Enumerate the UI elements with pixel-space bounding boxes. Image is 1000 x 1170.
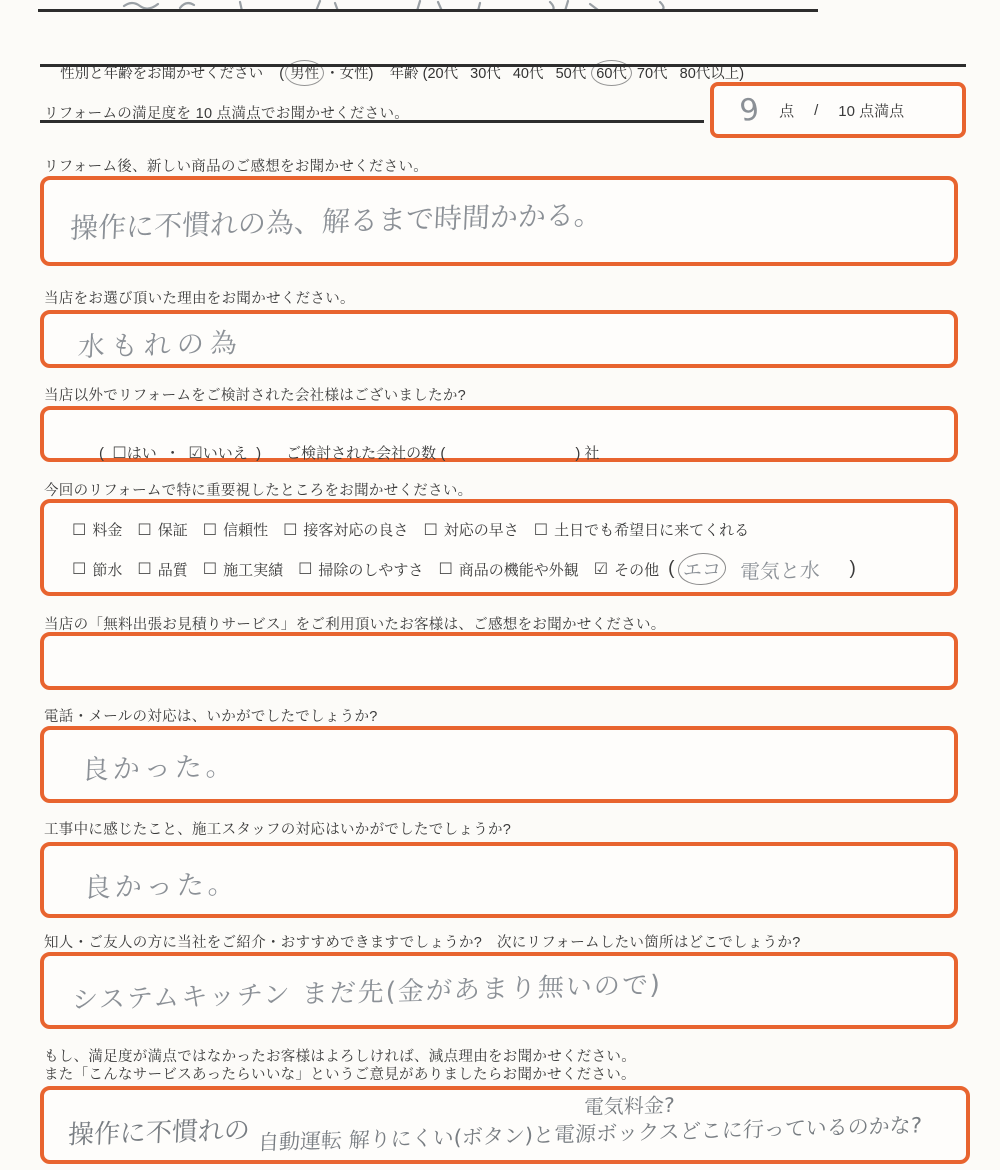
satisfaction-score-box: 9 点 / 10 点満点 — [710, 82, 966, 138]
top-divider-line — [38, 9, 818, 12]
priorities-row-2: ☐ 節水 ☐ 品質 ☐ 施工実績 ☐ 掃除のしやすさ ☐ 商品の機能や外観 ☑ … — [72, 553, 856, 585]
company-count-label: ご検討された会社の数 — [286, 445, 436, 462]
priority-option-label: その他 — [614, 559, 659, 580]
competitors-answer-box: ( ☐はい ・ ☑いいえ ) ご検討された会社の数 () 社 — [40, 406, 958, 462]
demographics-divider-line — [40, 64, 966, 67]
other-written-handwritten: 電気と水 — [739, 553, 820, 584]
priority-option: ☑ その他 — [594, 559, 659, 580]
impression-answer-box: 操作に不慣れの為、解るまで時間かかる。 — [40, 176, 958, 266]
checkbox-icon: ☐ — [137, 559, 151, 579]
checkbox-icon: ☐ — [72, 520, 86, 540]
staff-question-label: 工事中に感じたこと、施工スタッフの対応はいかがでしたでしょうか? — [44, 818, 511, 839]
score-max-label: 10 点満点 — [838, 100, 904, 121]
impression-answer-handwritten: 操作に不慣れの為、解るまで時間かかる。 — [69, 193, 603, 247]
priority-option: ☐ 土日でも希望日に来てくれる — [534, 519, 749, 540]
priority-option-label: 品質 — [158, 559, 188, 580]
priority-option: ☐ 対応の早さ — [423, 519, 518, 540]
checkbox-icon: ☐ — [72, 559, 86, 579]
staff-answer-handwritten: 良かった。 — [83, 862, 240, 905]
satisfaction-divider-line — [40, 120, 704, 123]
yes-checkbox-icon: ☐ — [112, 445, 126, 462]
checkbox-icon: ☐ — [298, 559, 312, 579]
priority-option-label: 信頼性 — [223, 519, 268, 540]
recommend-answer-box: システムキッチン まだ先(金があまり無いので) — [40, 952, 958, 1029]
no-checkbox-icon: ☑ — [188, 445, 202, 462]
deduction-answer-box: 電気料金? 操作に不慣れの 自動運転 解りにくい(ボタン)と電源ボックスどこに行… — [40, 1086, 970, 1164]
estimate-answer-box — [40, 632, 958, 690]
priority-option-label: 対応の早さ — [444, 519, 519, 540]
priorities-row-1: ☐ 料金 ☐ 保証 ☐ 信頼性 ☐ 接客対応の良さ ☐ 対応の早さ ☐ 土日でも… — [72, 519, 749, 540]
priority-option-label: 料金 — [92, 519, 122, 540]
yes-label: はい — [127, 445, 157, 462]
checkbox-icon: ☐ — [203, 559, 217, 579]
company-count-unit: 社 — [585, 445, 600, 462]
demographics-row: 性別と年齢をお聞かせください (男性・女性) 年齢 (20代 30代 40代 5… — [44, 44, 744, 102]
impression-question-label: リフォーム後、新しい商品のご感想をお聞かせください。 — [44, 155, 428, 176]
priority-option: ☐ 保証 — [137, 519, 187, 540]
survey-form-scan: 性別と年齢をお聞かせください (男性・女性) 年齢 (20代 30代 40代 5… — [0, 0, 1000, 1170]
priority-option: ☐ 信頼性 — [203, 519, 268, 540]
deduction-answer-part1-handwritten: 操作に不慣れの — [67, 1109, 259, 1151]
reason-answer-box: 水もれの為 — [40, 310, 958, 368]
age-options-before: 20代 30代 40代 50代 — [427, 66, 590, 82]
priority-option: ☐ 節水 — [72, 559, 122, 580]
priority-option: ☐ 掃除のしやすさ — [298, 559, 423, 580]
priority-option: ☐ 施工実績 — [203, 559, 283, 580]
other-detail-segment: ( エコ 電気と水 ) — [668, 553, 856, 585]
deduction-answer-part2-handwritten: 自動運転 解りにくい(ボタン)と電源ボックスどこに行っているのかな? — [258, 1109, 923, 1156]
priorities-question-label: 今回のリフォームで特に重要視したところをお聞かせください。 — [44, 479, 472, 500]
priority-option-label: 接客対応の良さ — [303, 519, 408, 540]
score-value-handwritten: 9 — [738, 91, 762, 128]
priority-option: ☐ 品質 — [137, 559, 187, 580]
priority-option: ☐ 料金 — [72, 519, 122, 540]
contact-answer-handwritten: 良かった。 — [81, 744, 238, 787]
checkbox-icon: ☐ — [534, 520, 548, 540]
recommend-question-label: 知人・ご友人の方に当社をご紹介・おすすめできますでしょうか? 次にリフォームした… — [44, 931, 801, 952]
priority-option-label: 商品の機能や外観 — [459, 559, 579, 580]
checkbox-icon: ☐ — [203, 520, 217, 540]
competitors-question-label: 当店以外でリフォームをご検討された会社様はございましたか? — [44, 384, 466, 405]
staff-answer-box: 良かった。 — [40, 842, 958, 918]
priority-option: ☐ 商品の機能や外観 — [438, 559, 578, 580]
contact-answer-box: 良かった。 — [40, 726, 958, 803]
priority-option-label: 施工実績 — [223, 559, 283, 580]
deduction-question-line2: また「こんなサービスあったらいいな」というご意見がありましたらお聞かせください。 — [44, 1063, 636, 1084]
age-label: 年齢 — [390, 66, 419, 82]
reason-question-label: 当店をお選び頂いた理由をお聞かせください。 — [44, 287, 355, 308]
priority-option: ☐ 接客対応の良さ — [283, 519, 408, 540]
gender-female: 女性 — [340, 66, 369, 82]
checkbox-icon: ☐ — [438, 559, 452, 579]
priorities-answer-box: ☐ 料金 ☐ 保証 ☐ 信頼性 ☐ 接客対応の良さ ☐ 対応の早さ ☐ 土日でも… — [40, 499, 958, 596]
checkbox-icon: ☐ — [137, 520, 151, 540]
estimate-question-label: 当店の「無料出張お見積りサービス」をご利用頂いたお客様は、ご感想をお聞かせくださ… — [44, 613, 666, 634]
priority-option-label: 節水 — [92, 559, 122, 580]
priority-option-label: 土日でも希望日に来てくれる — [554, 519, 749, 540]
age-options-after: 70代 80代以上 — [633, 66, 739, 82]
no-label: いいえ — [203, 445, 248, 462]
reason-answer-handwritten: 水もれの為 — [77, 321, 244, 364]
score-unit: 点 — [779, 100, 794, 121]
demographics-label: 性別と年齢をお聞かせください — [60, 66, 263, 82]
other-circled-eco-handwritten: エコ — [678, 552, 727, 585]
checkbox-icon: ☐ — [283, 520, 297, 540]
recommend-answer-handwritten: システムキッチン まだ先(金があまり無いので) — [71, 964, 663, 1017]
score-slash: / — [814, 102, 818, 119]
priority-option-label: 掃除のしやすさ — [318, 559, 423, 580]
competitors-options-row: ( ☐はい ・ ☑いいえ ) ご検討された会社の数 () 社 — [74, 425, 600, 480]
contact-question-label: 電話・メールの対応は、いかがでしたでしょうか? — [44, 705, 378, 726]
checkbox-icon: ☑ — [594, 559, 608, 579]
priority-option-label: 保証 — [158, 519, 188, 540]
checkbox-icon: ☐ — [423, 520, 437, 540]
